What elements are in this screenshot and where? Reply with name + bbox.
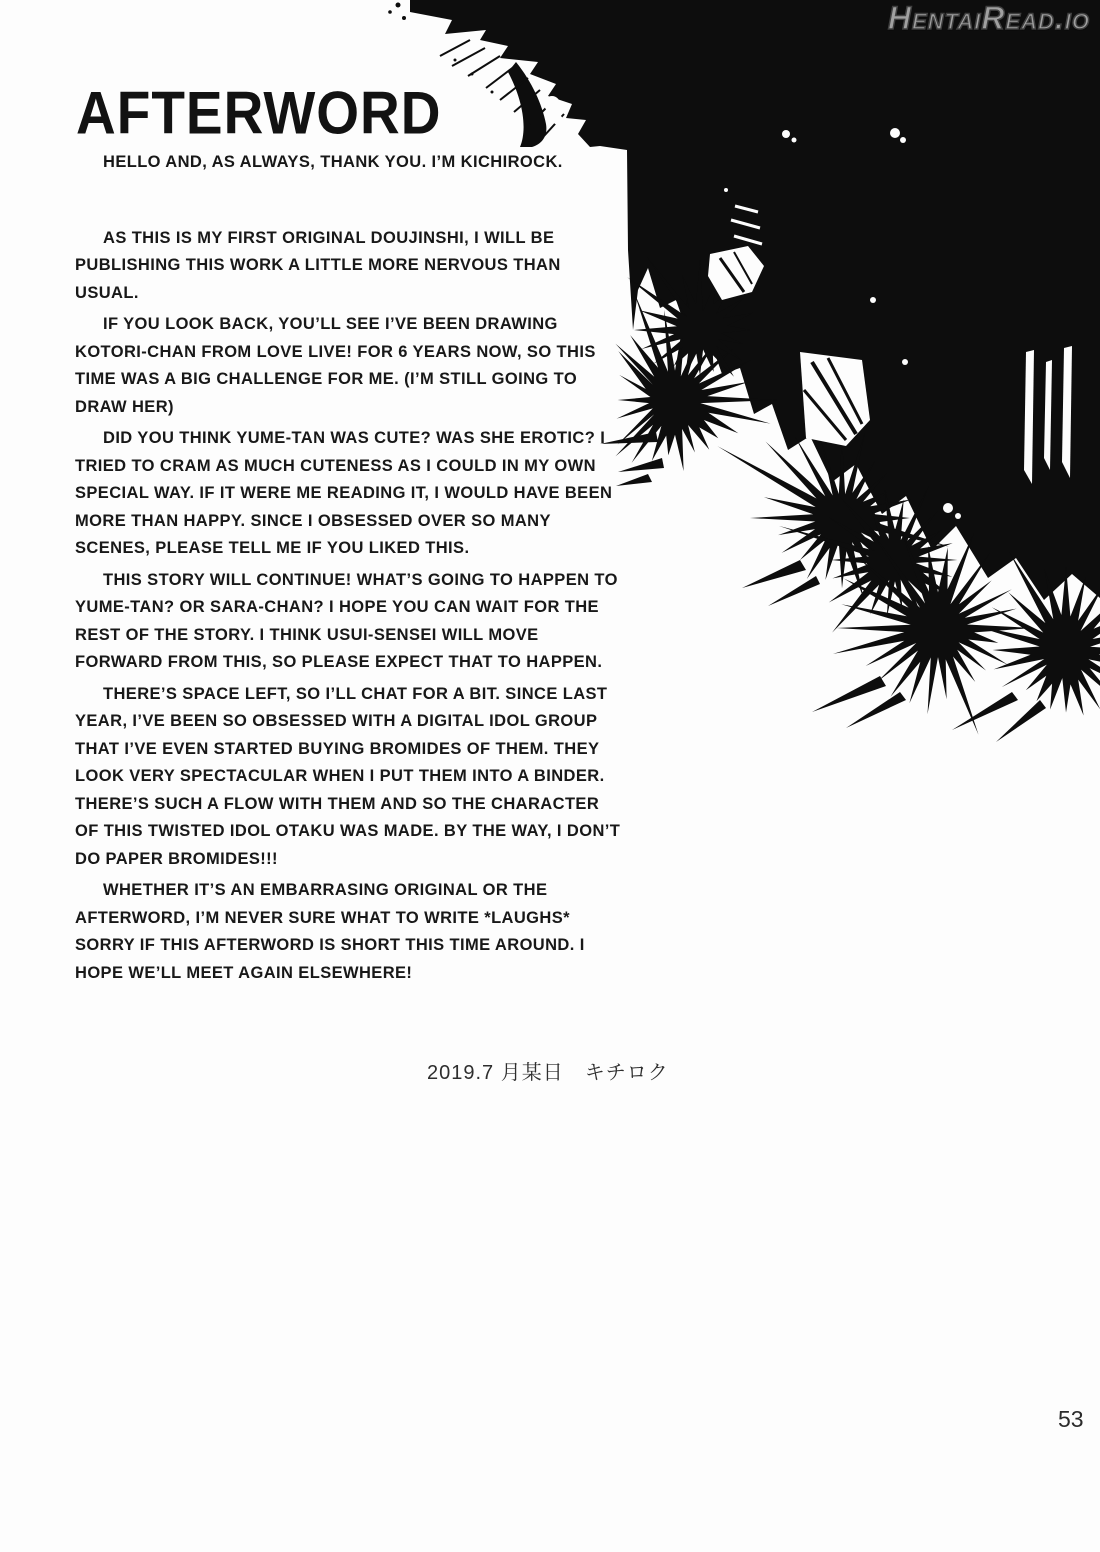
body-paragraph: THIS STORY WILL CONTINUE! WHAT’S GOING T… (75, 567, 627, 677)
body-paragraph: HELLO AND, AS ALWAYS, THANK YOU. I’M KIC… (75, 149, 627, 177)
afterword-text-column: HELLO AND, AS ALWAYS, THANK YOU. I’M KIC… (75, 149, 627, 991)
body-paragraph: THERE’S SPACE LEFT, SO I’LL CHAT FOR A B… (75, 681, 627, 874)
body-paragraph: IF YOU LOOK BACK, YOU’LL SEE I’VE BEEN D… (75, 311, 627, 421)
site-watermark: HentaiRead.io (888, 0, 1090, 37)
page-title: AFTERWORD (76, 83, 441, 144)
body-paragraph: WHETHER IT’S AN EMBARRASING ORIGINAL OR … (75, 877, 627, 987)
body-paragraph: AS THIS IS MY FIRST ORIGINAL DOUJINSHI, … (75, 225, 627, 308)
body-paragraph: DID YOU THINK YUME-TAN WAS CUTE? WAS SHE… (75, 425, 627, 563)
doujinshi-afterword-page: HentaiRead.io AFTERWORD HELLO AND, AS AL… (0, 0, 1100, 1552)
page-number: 53 (1058, 1406, 1084, 1433)
date-signature: 2019.7 月某日 キチロク (427, 1056, 669, 1085)
